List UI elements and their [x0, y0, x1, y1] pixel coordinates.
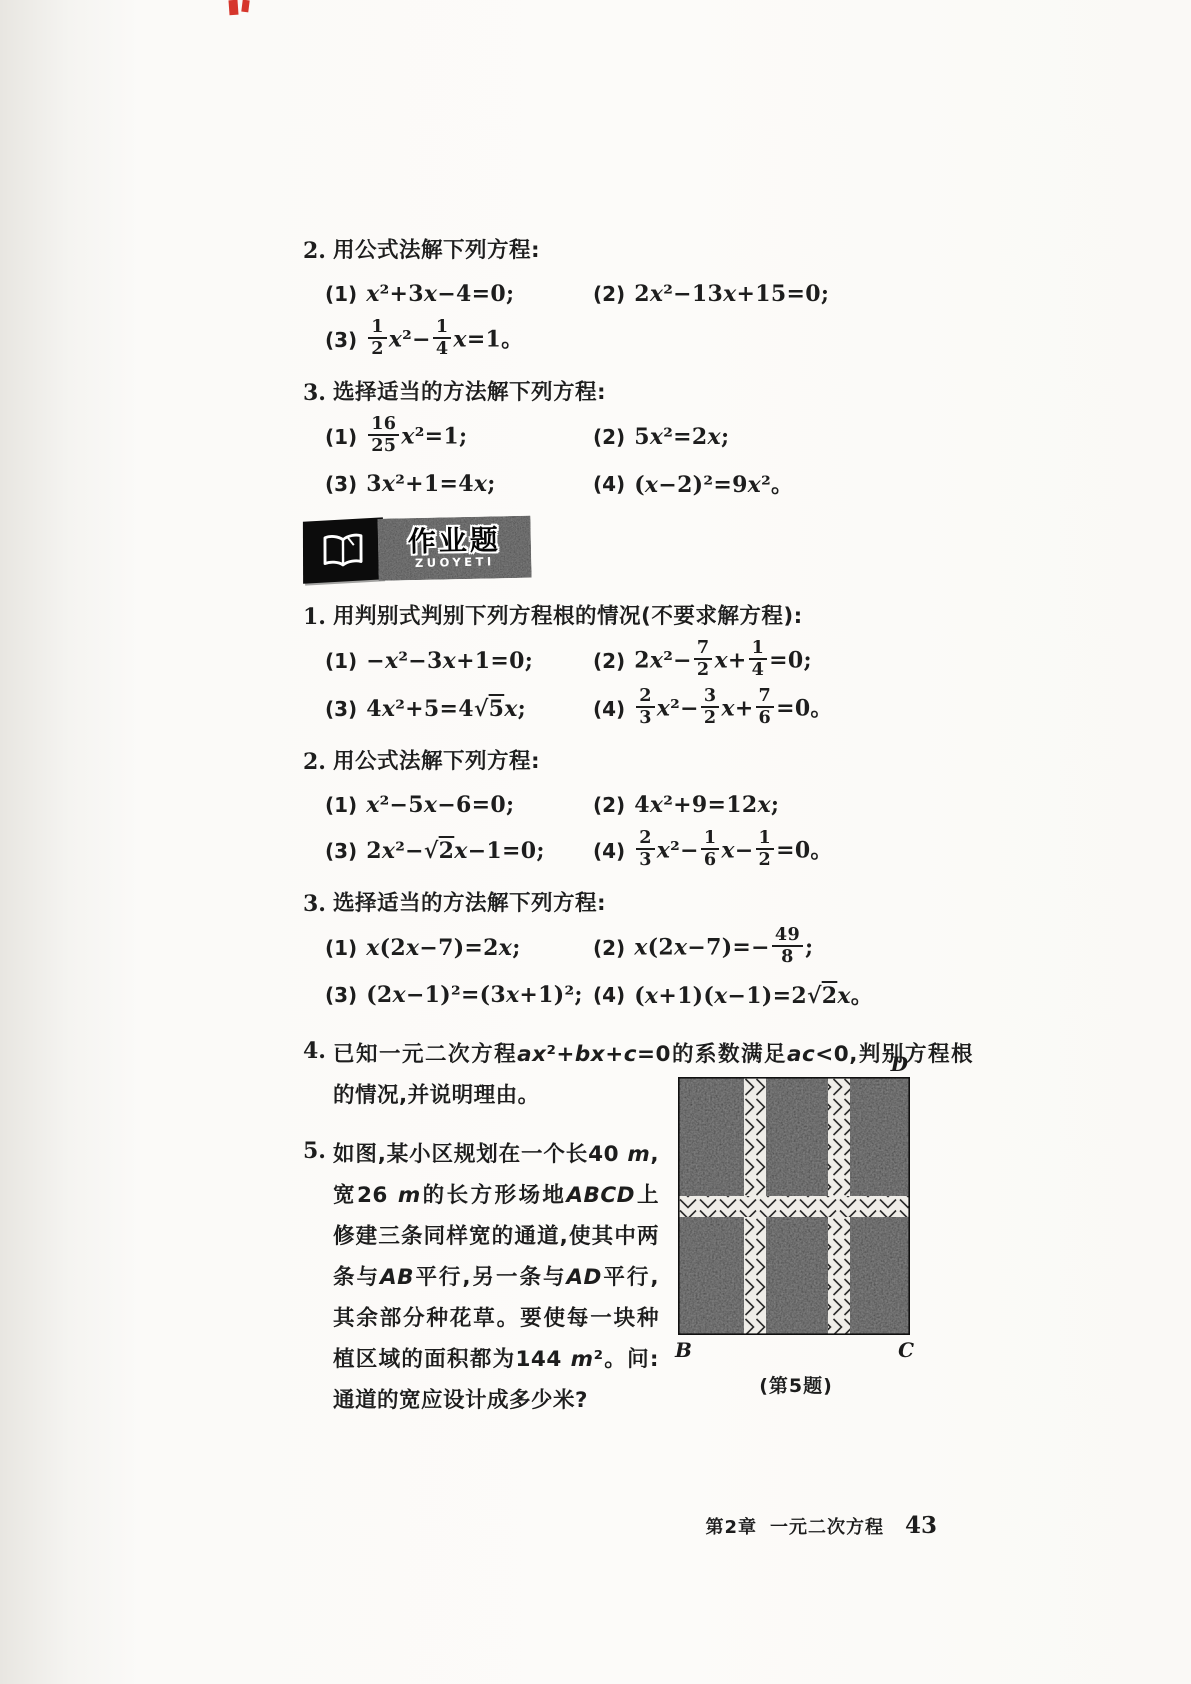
- equation-item: (2) 4x²+9=12x;: [593, 786, 779, 824]
- equation: x(2x−7)=−498;: [634, 928, 813, 969]
- equation-item: (1) −x²−3x+1=0;: [325, 642, 533, 680]
- item-label: (1): [325, 649, 357, 673]
- item-label: (1): [325, 282, 357, 306]
- item-label: (2): [593, 282, 625, 306]
- item-label: (3): [325, 328, 357, 352]
- figure-corner-label-b: B: [675, 1338, 692, 1362]
- equation: x(2x−7)=2x;: [366, 935, 520, 961]
- equation-item: (3) (2x−1)²=(3x+1)²;: [325, 976, 583, 1014]
- equation-item: (3) 4x²+5=4√5x;: [325, 690, 526, 728]
- equation: x²−5x−6=0;: [366, 792, 514, 818]
- problem-number: 2.: [303, 745, 333, 779]
- equation-item: (1) 1625x²=1;: [325, 417, 467, 458]
- equation: (x−2)²=9x²。: [634, 468, 793, 499]
- equation: 23x²−16x−12=0。: [634, 831, 833, 872]
- equation-item: (3) 12x²−14x=1。: [325, 320, 523, 361]
- equation-item: (2) x(2x−7)=−498;: [593, 928, 813, 969]
- homework-banner-title: 作业题: [408, 526, 502, 556]
- homework-problem-5: 5. 如图,某小区规划在一个长40 m,宽26 m的长方形场地ABCD上修建三条…: [303, 1134, 975, 1421]
- equation: (2x−1)²=(3x+1)²;: [366, 982, 583, 1008]
- problem-text: 如图,某小区规划在一个长40 m,宽26 m的长方形场地ABCD上修建三条同样宽…: [333, 1134, 659, 1421]
- equation: 2x²−√2x−1=0;: [366, 838, 545, 864]
- item-label: (4): [593, 983, 625, 1007]
- problem-number: 3.: [303, 376, 333, 410]
- item-label: (3): [325, 697, 357, 721]
- problem-5-figure: D: [678, 1077, 914, 1398]
- equation-item: (4) (x+1)(x−1)=2√2x。: [593, 976, 873, 1014]
- item-label: (2): [593, 936, 625, 960]
- classwork-problem-3: 3. 选择适当的方法解下列方程: (1) 1625x²=1; (2) 5x²=2…: [303, 376, 975, 503]
- equation: 23x²−32x+76=0。: [634, 689, 833, 730]
- figure-corner-label-c: C: [898, 1338, 914, 1362]
- homework-banner-label: 作业题 ZUOYETI: [377, 515, 531, 580]
- textbook-page: 2. 用公式法解下列方程: (1) x²+3x−4=0; (2) 2x²−13x…: [0, 0, 1191, 1684]
- problem-number: 2.: [303, 234, 333, 268]
- homework-problem-1: 1. 用判别式判别下列方程根的情况(不要求解方程): (1) −x²−3x+1=…: [303, 600, 975, 730]
- open-book-icon: [303, 517, 383, 583]
- homework-banner-subtitle: ZUOYETI: [415, 556, 495, 569]
- equation: 4x²+5=4√5x;: [366, 696, 526, 722]
- equation-item: (3) 3x²+1=4x;: [325, 465, 496, 503]
- item-label: (2): [593, 649, 625, 673]
- equation-item: (4) 23x²−32x+76=0。: [593, 689, 833, 730]
- problem-title: 选择适当的方法解下列方程:: [333, 376, 606, 410]
- equation-item: (1) x(2x−7)=2x;: [325, 929, 521, 967]
- equation: 3x²+1=4x;: [366, 471, 496, 497]
- figure-caption: (第5题): [678, 1371, 914, 1398]
- homework-problem-2: 2. 用公式法解下列方程: (1) x²−5x−6=0; (2) 4x²+9=1…: [303, 745, 975, 872]
- equation: 5x²=2x;: [634, 424, 729, 450]
- equation: 1625x²=1;: [366, 417, 467, 458]
- footer-chapter: 第2章: [705, 1513, 757, 1539]
- item-label: (3): [325, 983, 357, 1007]
- equation-item: (4) (x−2)²=9x²。: [593, 465, 793, 503]
- equation-item: (2) 2x²−13x+15=0;: [593, 275, 829, 313]
- equation: 4x²+9=12x;: [634, 792, 779, 818]
- problem-number: 1.: [303, 600, 333, 634]
- item-label: (1): [325, 793, 357, 817]
- equation: x²+3x−4=0;: [366, 281, 514, 307]
- item-label: (4): [593, 839, 625, 863]
- equation-item: (1) x²−5x−6=0;: [325, 786, 514, 824]
- equation-item: (3) 2x²−√2x−1=0;: [325, 832, 545, 870]
- equation: −x²−3x+1=0;: [366, 648, 533, 674]
- equation-item: (4) 23x²−16x−12=0。: [593, 831, 833, 872]
- item-label: (3): [325, 839, 357, 863]
- item-label: (4): [593, 697, 625, 721]
- equation-item: (2) 2x²−72x+14=0;: [593, 641, 812, 682]
- homework-section-banner: 作业题 ZUOYETI: [302, 515, 531, 582]
- footer-section-title: 一元二次方程: [770, 1513, 884, 1539]
- equation-item: (2) 5x²=2x;: [593, 418, 729, 456]
- garden-plan-image: [678, 1077, 910, 1335]
- equation-item: (1) x²+3x−4=0;: [325, 275, 514, 313]
- item-label: (2): [593, 793, 625, 817]
- item-label: (3): [325, 472, 357, 496]
- problem-number: 3.: [303, 887, 333, 921]
- page-footer: 第2章 一元二次方程 43: [705, 1512, 937, 1539]
- problem-title: 选择适当的方法解下列方程:: [333, 887, 606, 921]
- problem-title: 用公式法解下列方程:: [333, 234, 540, 268]
- problem-number: 4.: [303, 1034, 333, 1068]
- problem-number: 5.: [303, 1134, 333, 1168]
- footer-page-number: 43: [905, 1512, 937, 1539]
- figure-corner-label-d: D: [891, 1052, 908, 1076]
- red-ink-mark: [229, 0, 249, 15]
- item-label: (4): [593, 472, 625, 496]
- item-label: (1): [325, 936, 357, 960]
- problem-title: 用判别式判别下列方程根的情况(不要求解方程):: [333, 600, 803, 634]
- equation: (x+1)(x−1)=2√2x。: [634, 979, 873, 1010]
- problem-title: 用公式法解下列方程:: [333, 745, 540, 779]
- equation: 12x²−14x=1。: [366, 320, 523, 361]
- equation: 2x²−13x+15=0;: [634, 281, 829, 307]
- homework-problem-3: 3. 选择适当的方法解下列方程: (1) x(2x−7)=2x; (2) x(2…: [303, 887, 975, 1014]
- item-label: (1): [325, 425, 357, 449]
- page-content: 2. 用公式法解下列方程: (1) x²+3x−4=0; (2) 2x²−13x…: [303, 234, 975, 1436]
- item-label: (2): [593, 425, 625, 449]
- classwork-problem-2: 2. 用公式法解下列方程: (1) x²+3x−4=0; (2) 2x²−13x…: [303, 234, 975, 361]
- equation: 2x²−72x+14=0;: [634, 641, 812, 682]
